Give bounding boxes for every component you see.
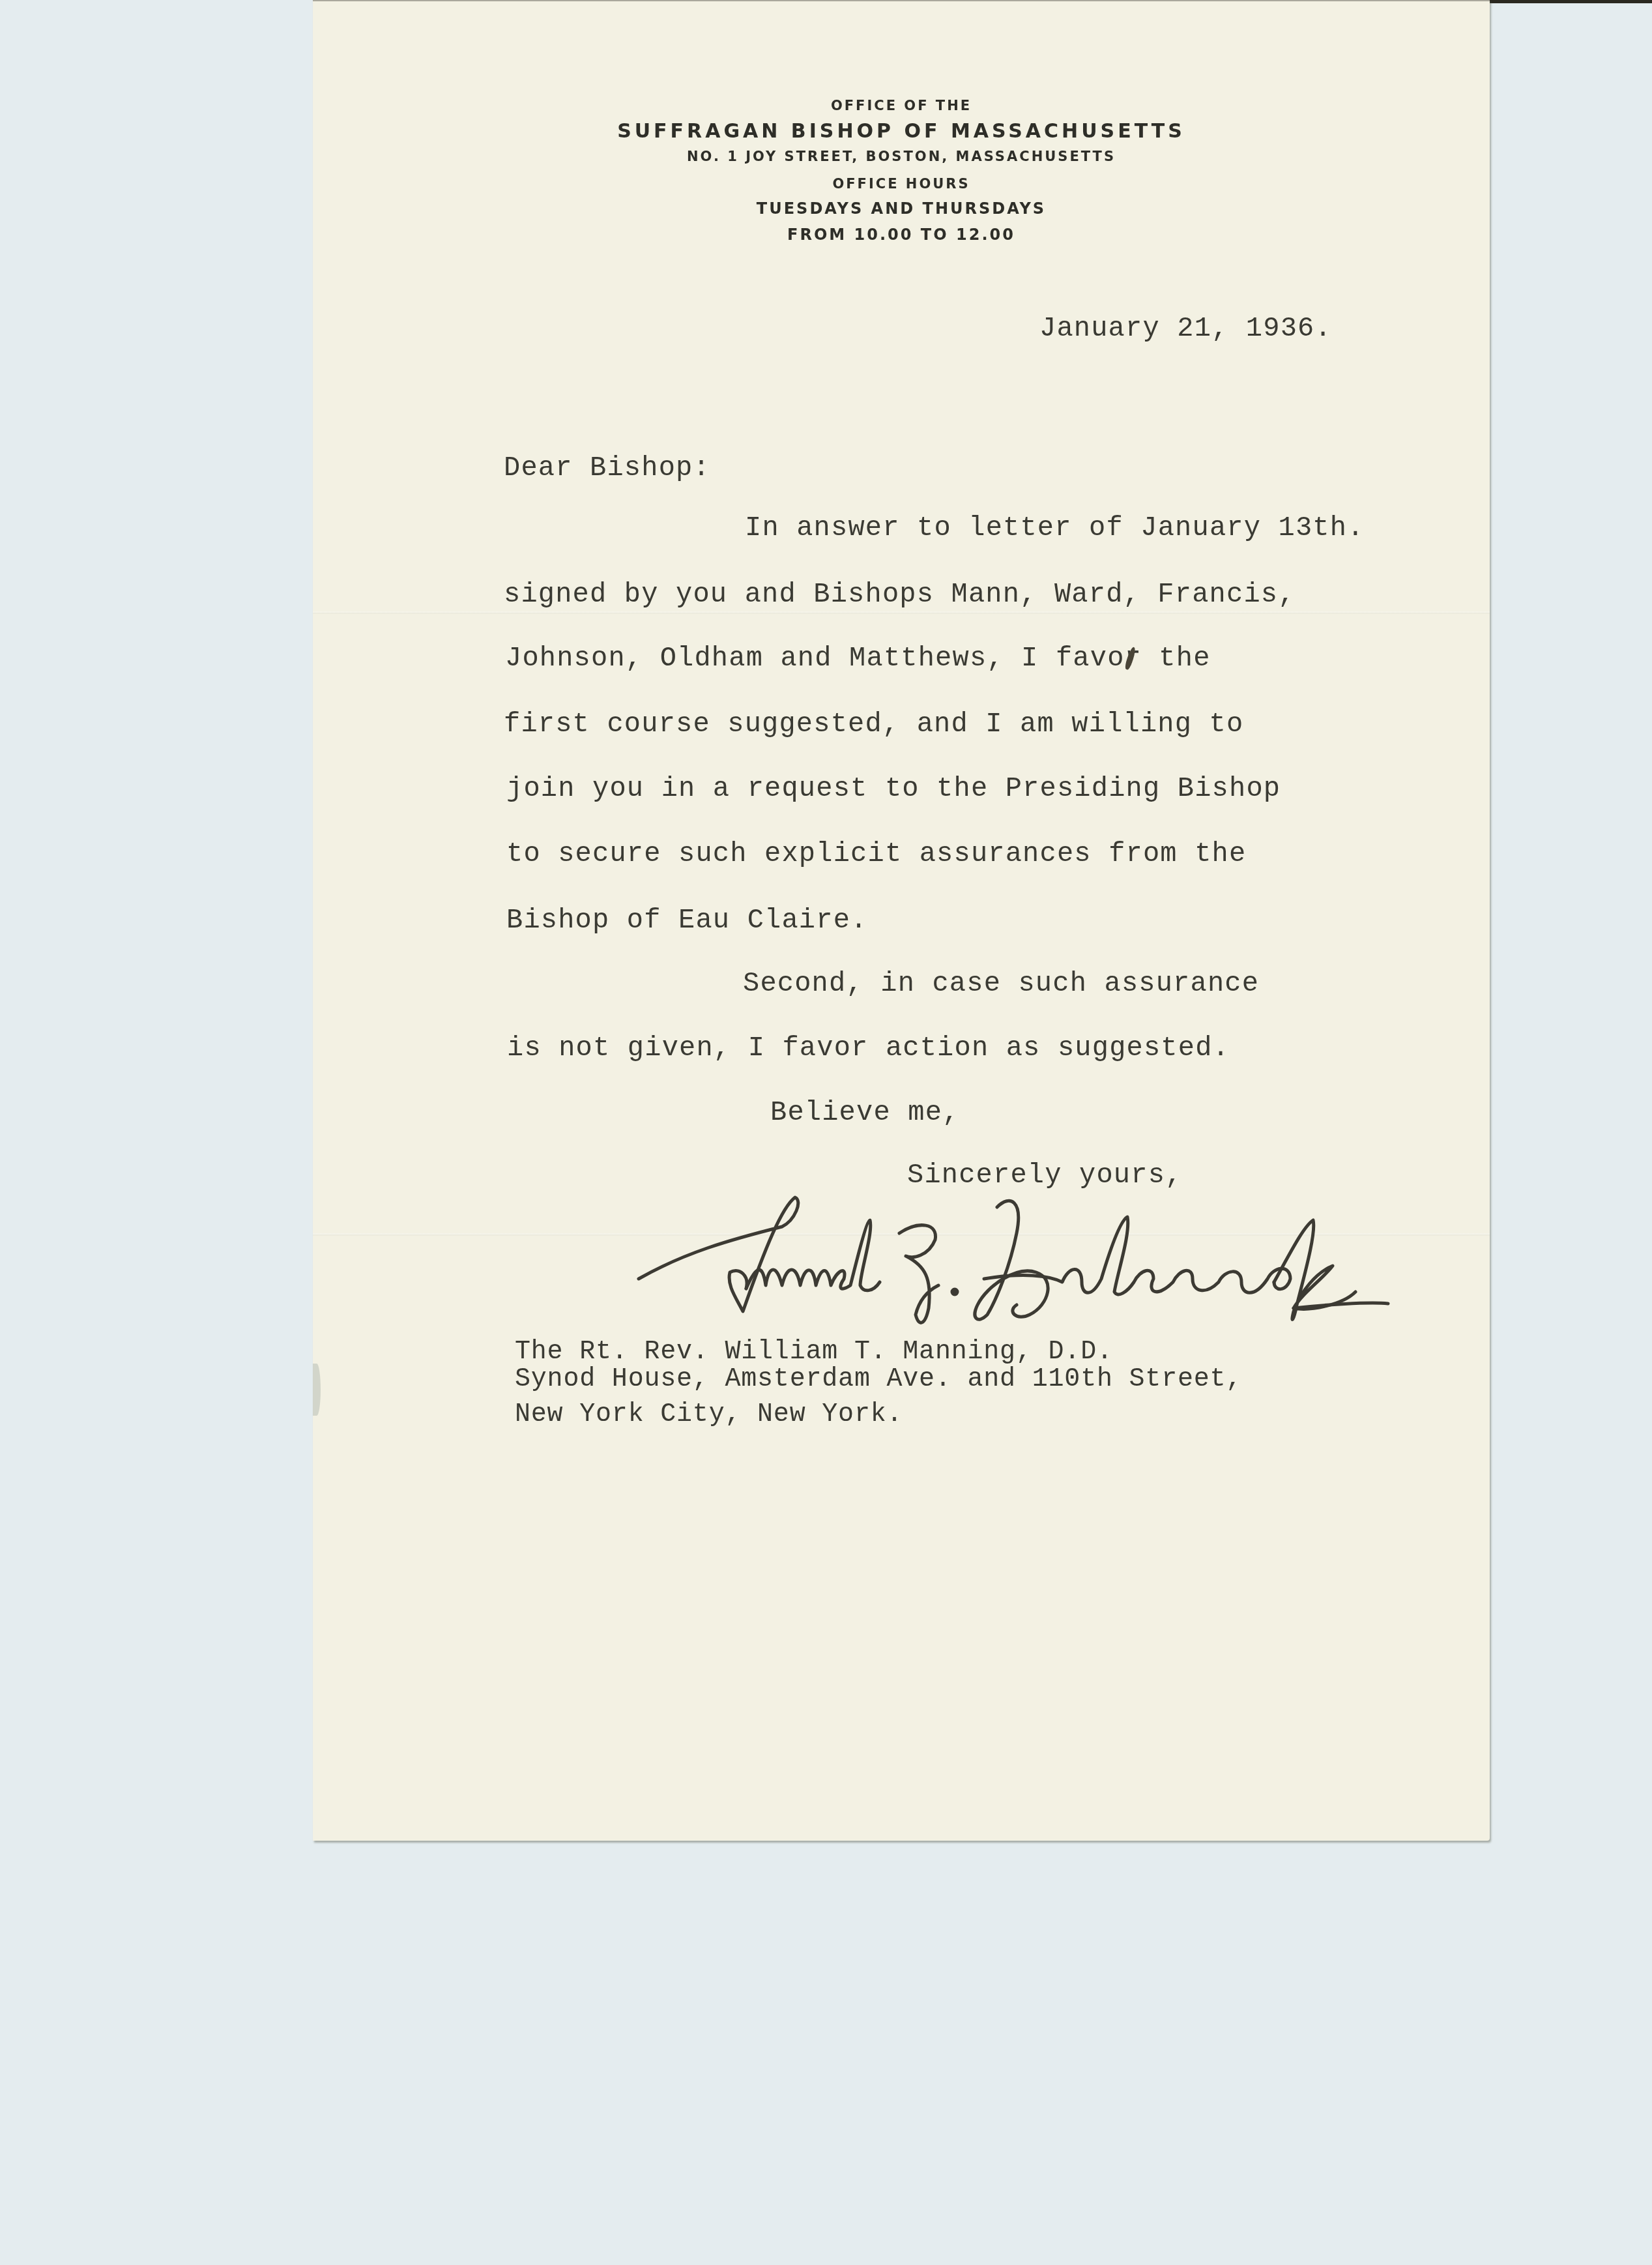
closing-sincerely: Sincerely yours, — [907, 1160, 1182, 1191]
paper-fold-line — [313, 611, 1490, 614]
letter-salutation: Dear Bishop: — [504, 452, 710, 484]
closing-believe-me: Believe me, — [770, 1097, 959, 1128]
body-line: Bishop of Eau Claire. — [506, 905, 868, 936]
body-line: to secure such explicit assurances from … — [506, 838, 1246, 869]
body-line: Johnson, Oldham and Matthews, I favor th… — [505, 643, 1211, 674]
body-line: Second, in case such assurance — [743, 968, 1259, 999]
recipient-city-line: New York City, New York. — [515, 1400, 903, 1429]
letter-sheet: OFFICE OF THE SUFFRAGAN BISHOP OF MASSAC… — [313, 0, 1490, 1841]
body-line: In answer to letter of January 13th. — [745, 512, 1365, 544]
body-line: is not given, I favor action as suggeste… — [507, 1032, 1230, 1064]
scanner-edge-strip — [1490, 0, 1652, 3]
handwritten-signature: Samuel G. Babcock — [632, 1194, 1492, 1331]
recipient-address-line: Synod House, Amsterdam Ave. and 110th St… — [515, 1365, 1242, 1394]
body-line: join you in a request to the Presiding B… — [506, 773, 1281, 804]
letterhead-office-hours: OFFICE HOURS — [313, 176, 1490, 192]
recipient-name: The Rt. Rev. William T. Manning, D.D. — [515, 1337, 1113, 1367]
letterhead-title: SUFFRAGAN BISHOP OF MASSACHUSETTS — [313, 120, 1490, 143]
letterhead-days: TUESDAYS AND THURSDAYS — [313, 199, 1490, 218]
body-line: first course suggested, and I am willing… — [504, 709, 1243, 740]
letterhead-hours: FROM 10.00 TO 12.00 — [313, 226, 1490, 244]
letter-date: January 21, 1936. — [1039, 313, 1332, 344]
letterhead-address: NO. 1 JOY STREET, BOSTON, MASSACHUSETTS — [313, 149, 1490, 164]
edge-smudge — [313, 1364, 321, 1416]
letterhead-office-of: OFFICE OF THE — [313, 98, 1490, 113]
body-line: signed by you and Bishops Mann, Ward, Fr… — [504, 579, 1296, 610]
